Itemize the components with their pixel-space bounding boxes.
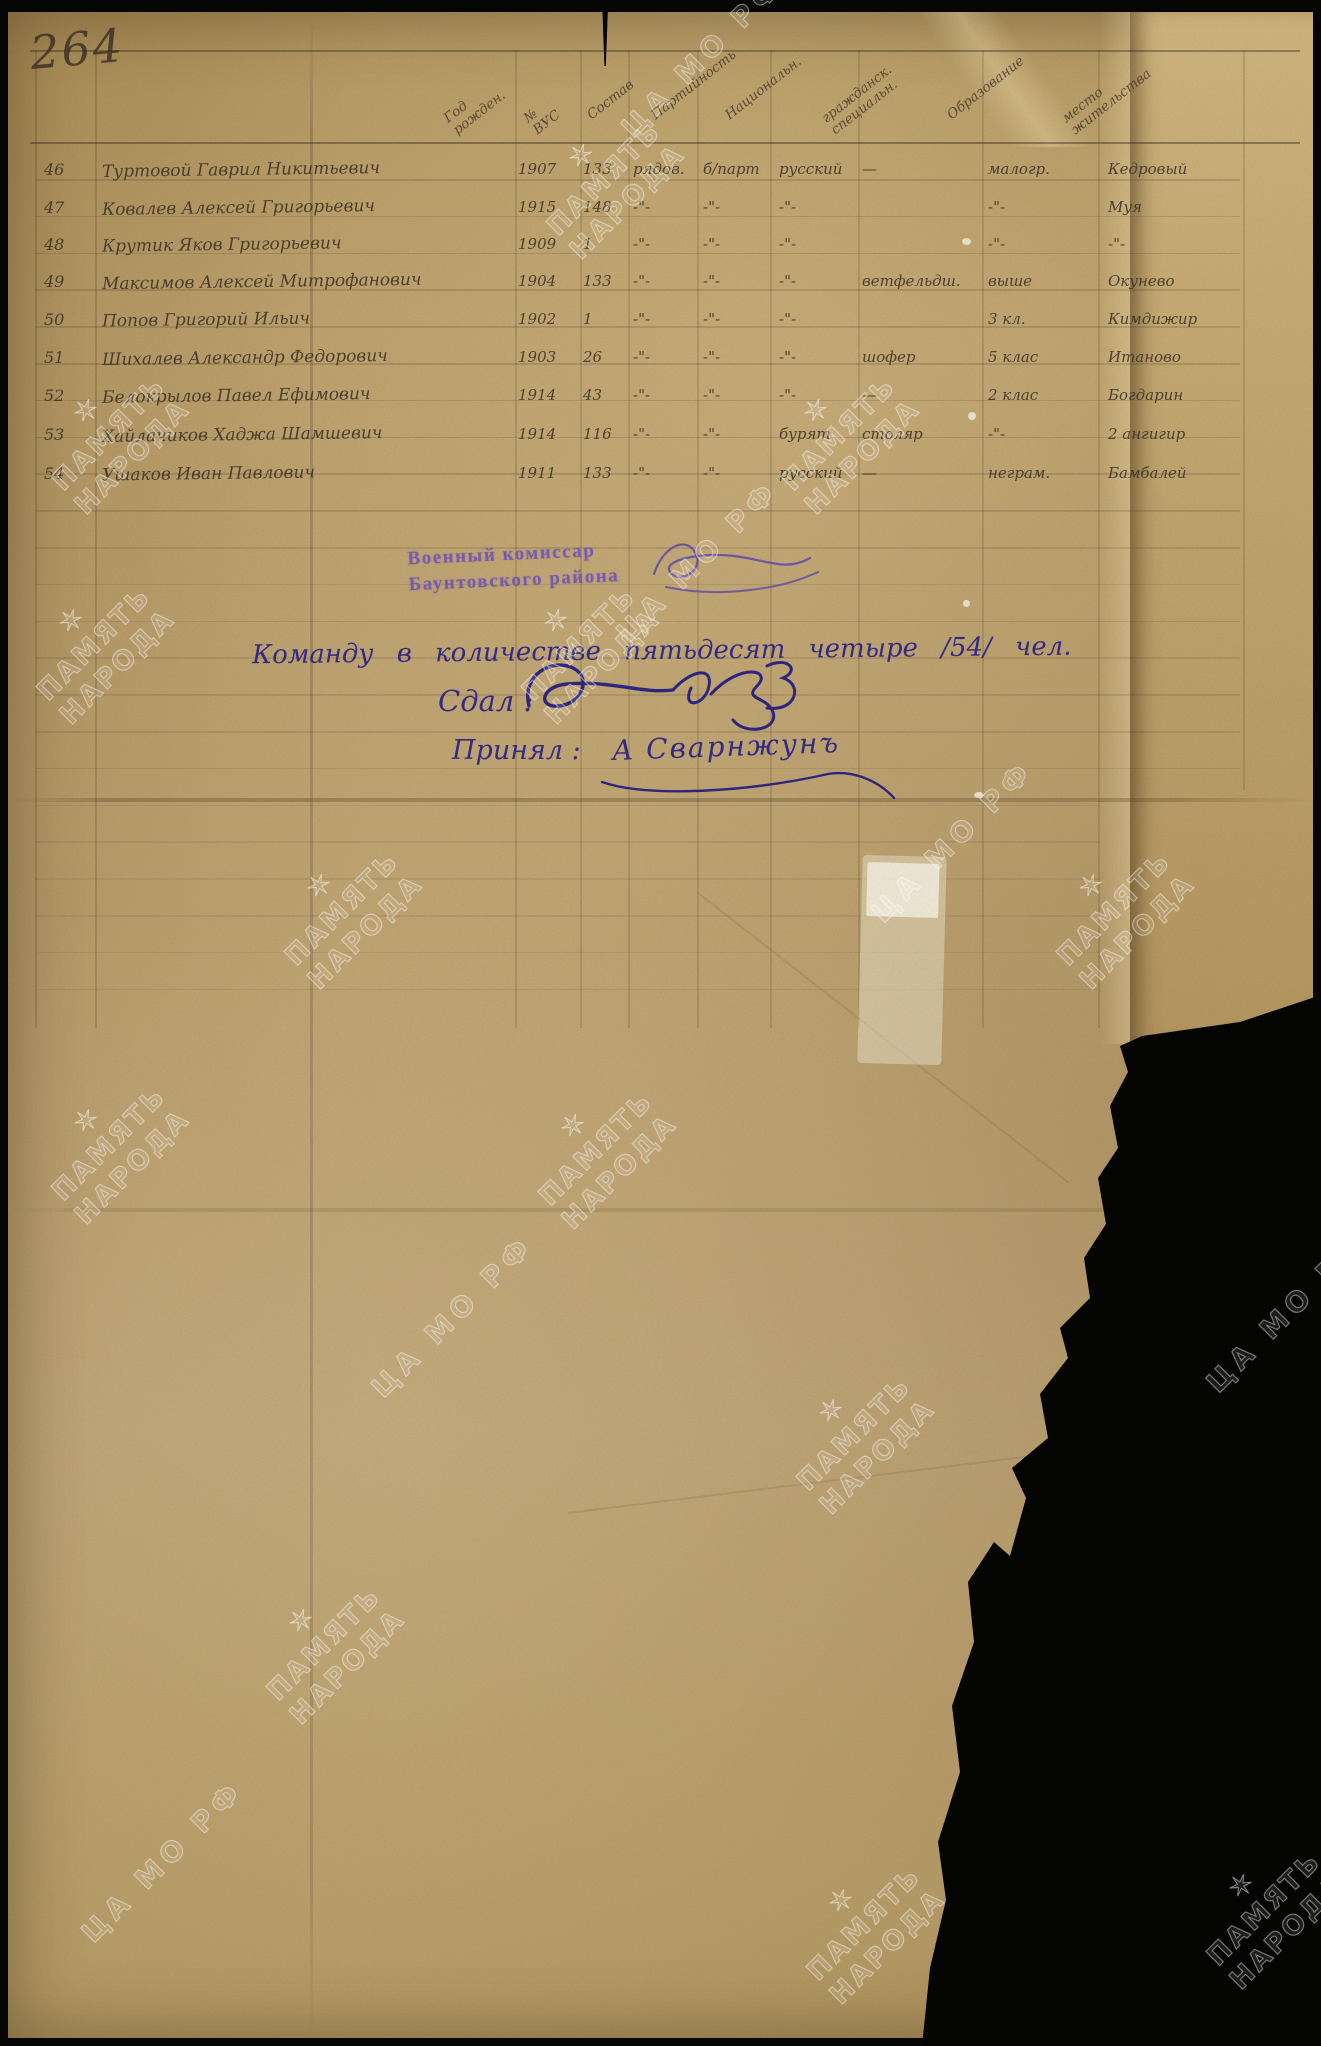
horizontal-crease [8, 1208, 1313, 1212]
vertical-crease [310, 12, 313, 2038]
paper-speck [968, 412, 976, 420]
horizontal-crease [8, 798, 1313, 802]
tape-patch-bright [866, 862, 939, 918]
document-paper [8, 12, 1313, 2038]
diagonal-crease [568, 1444, 1124, 1514]
paper-speck [963, 600, 970, 607]
paper-speck [962, 238, 971, 245]
paper-fold-strip [1130, 12, 1313, 1044]
paper-speck [974, 792, 984, 798]
fold-highlight [1100, 12, 1130, 1044]
corner-crease-light [880, 12, 1130, 147]
archival-scan: { "page_number": "264", "watermark": { "… [0, 0, 1321, 2046]
tape-patch [857, 855, 946, 1065]
